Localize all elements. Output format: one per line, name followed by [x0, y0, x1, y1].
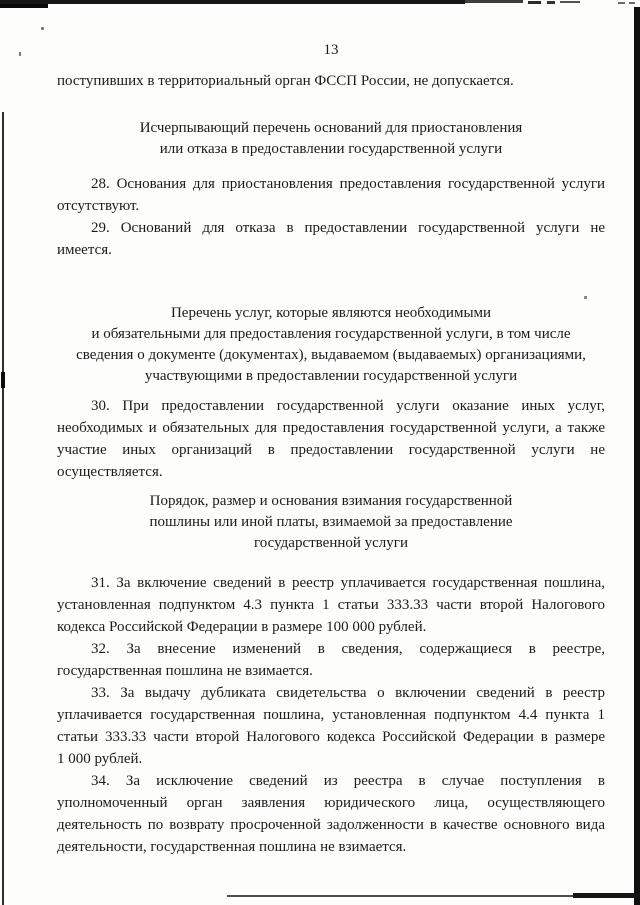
scan-speck: [41, 27, 44, 30]
scan-top-edge-dash: [618, 2, 625, 4]
scan-top-edge-dash: [528, 1, 541, 4]
heading-line: Порядок, размер и основания взимания гос…: [57, 491, 605, 512]
heading-line: Перечень услуг, которые являются необход…: [57, 303, 605, 324]
heading-line: государственной услуги: [57, 533, 605, 554]
heading-required-services: Перечень услуг, которые являются необход…: [57, 303, 605, 387]
heading-line: Исчерпывающий перечень оснований для при…: [57, 118, 605, 139]
scan-bottom-edge-bar: [573, 893, 640, 898]
paragraph-28: 28. Основания для приостановления предос…: [57, 173, 605, 217]
paragraph-34: 34. За исключение сведений из реестра в …: [57, 770, 605, 858]
paragraph-32: 32. За внесение изменений в сведения, со…: [57, 638, 605, 682]
heading-state-duty: Порядок, размер и основания взимания гос…: [57, 491, 605, 554]
scan-top-edge-dash: [560, 1, 580, 3]
scan-top-edge-dash: [547, 1, 555, 4]
heading-line: пошлины или иной платы, взимаемой за пре…: [57, 512, 605, 533]
heading-line: участвующими в предоставлении государств…: [57, 366, 605, 387]
document-page: 13 поступивших в территориальный орган Ф…: [0, 0, 640, 905]
scan-top-edge-fade: [465, 0, 523, 3]
heading-line: или отказа в предоставлении государствен…: [57, 139, 605, 160]
scan-left-edge-blob: [1, 372, 5, 388]
heading-line: сведения о документе (документах), выдав…: [57, 345, 605, 366]
page-number: 13: [57, 40, 605, 60]
heading-suspension-refusal-grounds: Исчерпывающий перечень оснований для при…: [57, 118, 605, 160]
scan-right-edge-bar: [634, 7, 640, 905]
paragraph-30: 30. При предоставлении государственной у…: [57, 395, 605, 483]
scan-top-edge-bar: [0, 0, 465, 4]
heading-line: и обязательными для предоставления госуд…: [57, 324, 605, 345]
scan-bottom-edge-line: [227, 895, 577, 897]
scan-left-edge-line: [2, 112, 4, 905]
page-content: 13 поступивших в территориальный орган Ф…: [57, 40, 605, 858]
scan-top-edge-dash: [629, 2, 635, 4]
paragraph-31: 31. За включение сведений в реестр уплач…: [57, 572, 605, 638]
paragraph-29: 29. Оснований для отказа в предоставлени…: [57, 217, 605, 261]
continuation-line: поступивших в территориальный орган ФССП…: [57, 70, 605, 92]
paragraph-33: 33. За выдачу дубликата свидетельства о …: [57, 682, 605, 770]
scan-speck: [19, 52, 21, 56]
